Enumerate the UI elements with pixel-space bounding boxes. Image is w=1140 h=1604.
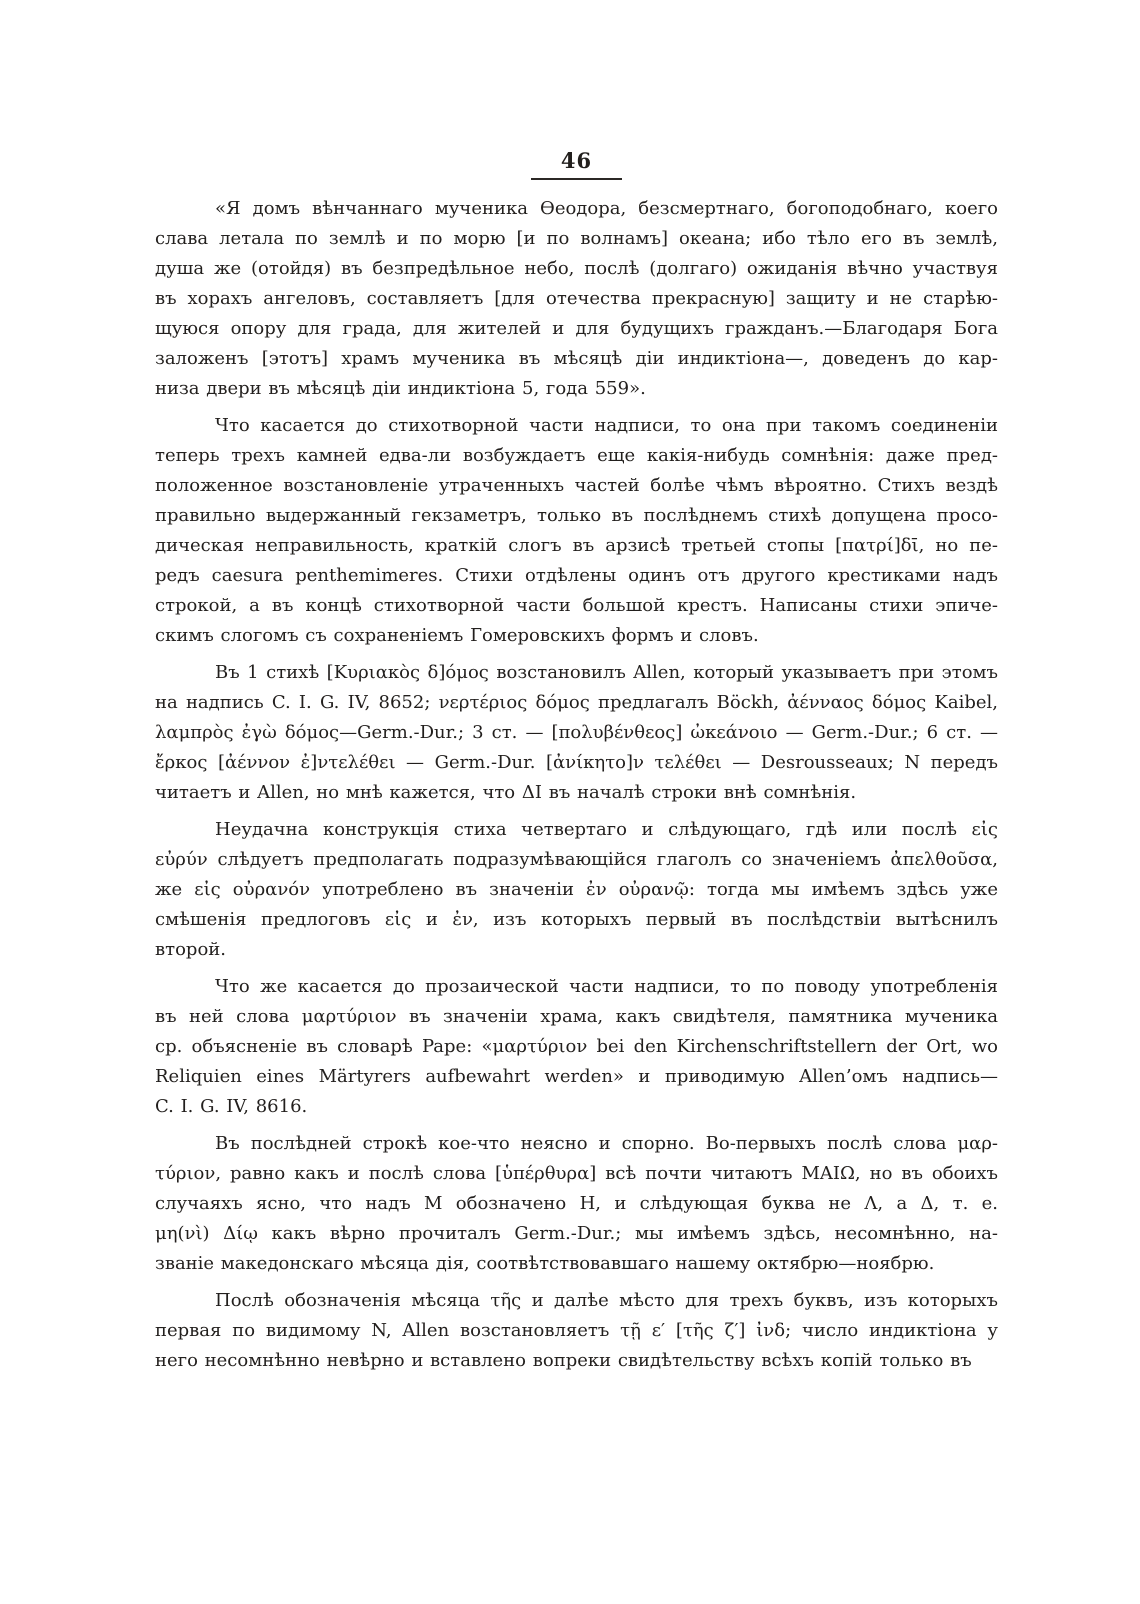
text-line: положенное возстановленіе утраченныхъ ча… (155, 471, 998, 501)
text-line: ср. объясненіе въ словарѣ Pape: «μαρτύρι… (155, 1032, 998, 1062)
text-line: Что касается до стихотворной части надпи… (155, 411, 998, 441)
text-line: μη(νὶ) Δίῳ какъ вѣрно прочиталъ Germ.-Du… (155, 1219, 998, 1249)
text-line: Что же касается до прозаической части на… (155, 972, 998, 1002)
paragraph: Послѣ обозначенія мѣсяца τῆς и далѣе мѣс… (155, 1286, 998, 1376)
paragraph: Неудачна конструкція стиха четвертаго и … (155, 815, 998, 965)
text-line: случаяхъ ясно, что надъ М обозначено Н, … (155, 1189, 998, 1219)
text-line: Послѣ обозначенія мѣсяца τῆς и далѣе мѣс… (155, 1286, 998, 1316)
text-line: редъ caesura penthemimeres. Стихи отдѣле… (155, 561, 998, 591)
text-line: въ ней слова μαρτύριον въ значеніи храма… (155, 1002, 998, 1032)
text-line: Неудачна конструкція стиха четвертаго и … (155, 815, 998, 845)
text-line: строкой, а въ концѣ стихотворной части б… (155, 591, 998, 621)
text-line: низа двери въ мѣсяцѣ діи индиктіона 5, г… (155, 374, 998, 404)
paragraph: Въ послѣдней строкѣ кое-что неясно и спо… (155, 1129, 998, 1279)
text-block: «Я домъ вѣнчаннаго мученика Ѳеодора, без… (155, 194, 998, 1376)
text-line: Въ послѣдней строкѣ кое-что неясно и спо… (155, 1129, 998, 1159)
text-line: «Я домъ вѣнчаннаго мученика Ѳеодора, без… (155, 194, 998, 224)
text-line: же εἰς οὐρανόν употреблено въ значеніи ἐ… (155, 875, 998, 905)
text-line: слава летала по землѣ и по морю [и по во… (155, 224, 998, 254)
page-header: 46 (155, 148, 998, 180)
text-line: ἔρκος [ἀέννον ἐ]ντελέθει — Germ.-Dur. [ἀ… (155, 748, 998, 778)
text-line: него несомнѣнно невѣрно и вставлено вопр… (155, 1346, 998, 1376)
text-line: читаетъ и Allen, но мнѣ кажется, что ΔΙ … (155, 778, 998, 808)
book-page: 46 «Я домъ вѣнчаннаго мученика Ѳеодора, … (0, 0, 1140, 1604)
text-line: Reliquien eines Märtyrers aufbewahrt wer… (155, 1062, 998, 1092)
text-line: εὐρύν слѣдуетъ предполагать подразумѣваю… (155, 845, 998, 875)
text-line: дическая неправильность, краткій слогъ в… (155, 531, 998, 561)
text-line: правильно выдержанный гекзаметръ, только… (155, 501, 998, 531)
text-line: въ хорахъ ангеловъ, составляетъ [для оте… (155, 284, 998, 314)
page-number: 46 (531, 148, 622, 180)
text-line: скимъ слогомъ съ сохраненіемъ Гомеровски… (155, 621, 998, 651)
text-line: C. I. G. IV, 8616. (155, 1092, 998, 1122)
text-line: τύριον, равно какъ и послѣ слова [ὑπέρθυ… (155, 1159, 998, 1189)
text-line: второй. (155, 935, 998, 965)
paragraph: Что же касается до прозаической части на… (155, 972, 998, 1122)
text-line: душа же (отойдя) въ безпредѣльное небо, … (155, 254, 998, 284)
text-line: Въ 1 стихѣ [Κυριακὸς δ]όμος возстановилъ… (155, 658, 998, 688)
paragraph: Что касается до стихотворной части надпи… (155, 411, 998, 651)
paragraph: «Я домъ вѣнчаннаго мученика Ѳеодора, без… (155, 194, 998, 404)
text-line: на надпись C. I. G. IV, 8652; νερτέριος … (155, 688, 998, 718)
paragraph: Въ 1 стихѣ [Κυριακὸς δ]όμος возстановилъ… (155, 658, 998, 808)
text-line: первая по видимому N, Allen возстановляе… (155, 1316, 998, 1346)
text-line: смѣшенія предлоговъ εἰς и ἐν, изъ которы… (155, 905, 998, 935)
text-line: теперь трехъ камней едва-ли возбуждаетъ … (155, 441, 998, 471)
text-line: званіе македонскаго мѣсяца дія, соотвѣтс… (155, 1249, 998, 1279)
text-line: заложенъ [этотъ] храмъ мученика въ мѣсяц… (155, 344, 998, 374)
text-line: λαμπρὸς ἐγὼ δόμος—Germ.-Dur.; 3 ст. — [π… (155, 718, 998, 748)
text-line: щуюся опору для града, для жителей и для… (155, 314, 998, 344)
